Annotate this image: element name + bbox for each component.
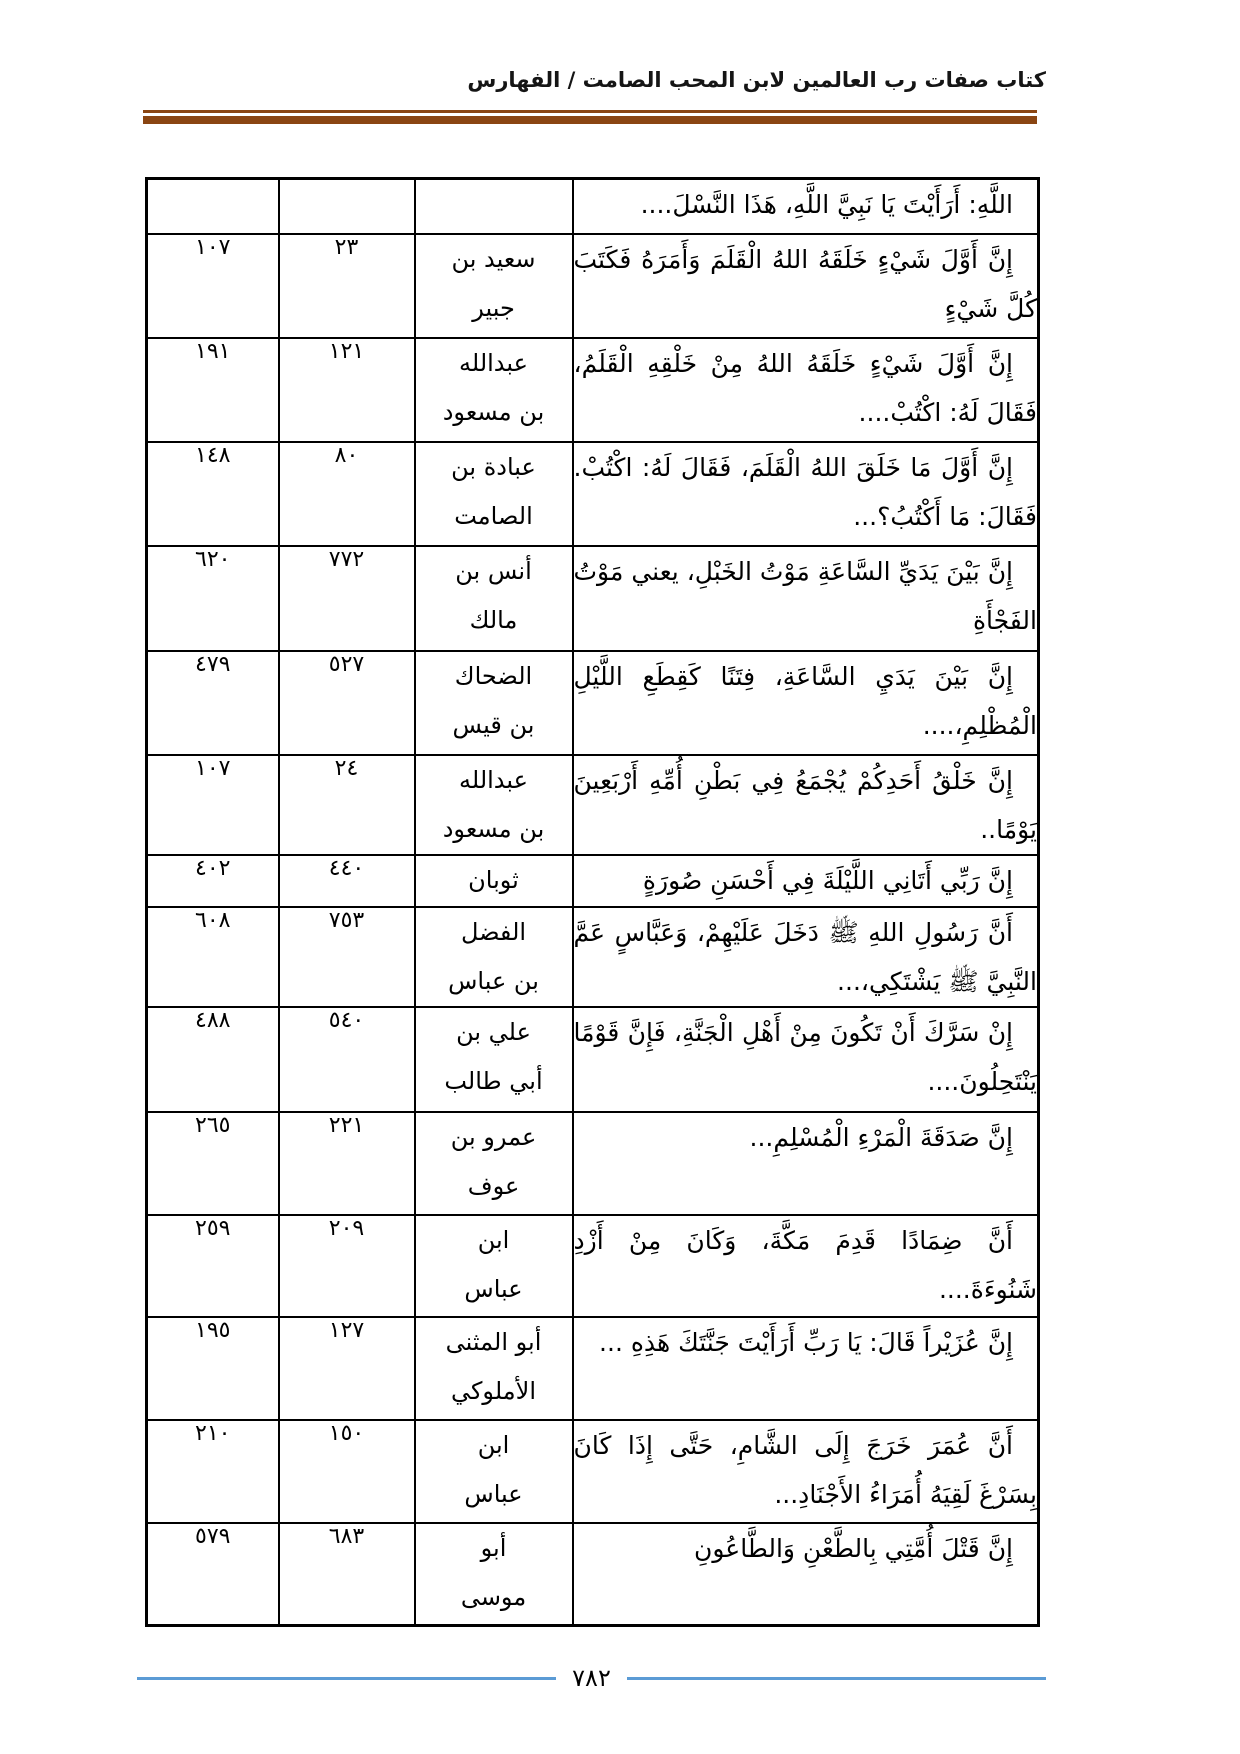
hadith-number-cell: ١٥٠ xyxy=(279,1420,415,1523)
hadith-text-cell: إِنَّ أَوَّلَ شَيْءٍ خَلَقَهُ اللهُ مِنْ… xyxy=(573,338,1039,442)
table-row: إِنَّ أَوَّلَ شَيْءٍ خَلَقَهُ اللهُ مِنْ… xyxy=(147,338,1039,442)
hadith-text-cell: إِنَّ خَلْقُ أَحَدِكُمْ يُجْمَعُ فِي بَط… xyxy=(573,755,1039,855)
table-row: اللَّهِ: أَرَأَيْتَ يَا نَبِيَّ اللَّهِ،… xyxy=(147,179,1039,234)
page-number-cell: ١٠٧ xyxy=(147,234,279,338)
hadith-number-cell: ٢٤ xyxy=(279,755,415,855)
hadith-number-cell: ٢٢١ xyxy=(279,1112,415,1215)
hadith-index-table-wrap: اللَّهِ: أَرَأَيْتَ يَا نَبِيَّ اللَّهِ،… xyxy=(145,177,1040,1627)
hadith-text-cell: إِنَّ رَبِّي أَتَانِي اللَّيْلَةَ فِي أَ… xyxy=(573,855,1039,907)
hadith-number-cell: ٥٢٧ xyxy=(279,651,415,755)
table-row: إِنَّ عُزَيْراً قَالَ: يَا رَبِّ أَرَأَي… xyxy=(147,1317,1039,1420)
hadith-text-cell: أَنَّ عُمَرَ خَرَجَ إِلَى الشَّامِ، حَتَ… xyxy=(573,1420,1039,1523)
table-row: إِنْ سَرَّكَ أَنْ تَكُونَ مِنْ أَهْلِ ال… xyxy=(147,1007,1039,1112)
page-number-cell: ٥٧٩ xyxy=(147,1523,279,1626)
narrator-cell: عبادة بن الصامت xyxy=(415,442,573,546)
table-row: إِنَّ رَبِّي أَتَانِي اللَّيْلَةَ فِي أَ… xyxy=(147,855,1039,907)
page-number-cell: ١٩٥ xyxy=(147,1317,279,1420)
header-rule xyxy=(143,110,1037,124)
hadith-text-cell: إِنَّ صَدَقَةَ الْمَرْءِ الْمُسْلِمِ... xyxy=(573,1112,1039,1215)
table-row: إِنَّ قَتْلَ أُمَّتِي بِالطَّعْنِ وَالطَ… xyxy=(147,1523,1039,1626)
hadith-text-cell: إِنَّ أَوَّلَ مَا خَلَقَ اللهُ الْقَلَمَ… xyxy=(573,442,1039,546)
narrator-cell: علي بن أبي طالب xyxy=(415,1007,573,1112)
hadith-text-cell: إِنَّ قَتْلَ أُمَّتِي بِالطَّعْنِ وَالطَ… xyxy=(573,1523,1039,1626)
footer-rule-left xyxy=(137,1677,556,1680)
table-row: أَنَّ ضِمَادًا قَدِمَ مَكَّةَ، وَكَانَ م… xyxy=(147,1215,1039,1317)
hadith-number-cell xyxy=(279,179,415,234)
hadith-text-cell: أَنَّ رَسُولِ اللهِ ﷺ دَخَلَ عَلَيْهِمْ،… xyxy=(573,907,1039,1007)
hadith-number-cell: ٧٥٣ xyxy=(279,907,415,1007)
narrator-cell xyxy=(415,179,573,234)
hadith-text-cell: أَنَّ ضِمَادًا قَدِمَ مَكَّةَ، وَكَانَ م… xyxy=(573,1215,1039,1317)
page-number-cell: ٢١٠ xyxy=(147,1420,279,1523)
narrator-cell: ابن عباس xyxy=(415,1420,573,1523)
hadith-number-cell: ٥٤٠ xyxy=(279,1007,415,1112)
table-row: إِنَّ بَيْنَ يَدَيِ السَّاعَةِ، فِتَنًا … xyxy=(147,651,1039,755)
page-number-cell: ٤٠٢ xyxy=(147,855,279,907)
hadith-text-cell: إِنْ سَرَّكَ أَنْ تَكُونَ مِنْ أَهْلِ ال… xyxy=(573,1007,1039,1112)
table-row: إِنَّ خَلْقُ أَحَدِكُمْ يُجْمَعُ فِي بَط… xyxy=(147,755,1039,855)
hadith-text-cell: إِنَّ أَوَّلَ شَيْءٍ خَلَقَهُ اللهُ الْق… xyxy=(573,234,1039,338)
narrator-cell: سعيد بن جبير xyxy=(415,234,573,338)
narrator-cell: ابن عباس xyxy=(415,1215,573,1317)
page-number-cell xyxy=(147,179,279,234)
narrator-cell: أنس بن مالك xyxy=(415,546,573,651)
hadith-text-cell: إِنَّ عُزَيْراً قَالَ: يَا رَبِّ أَرَأَي… xyxy=(573,1317,1039,1420)
narrator-cell: عمرو بن عوف xyxy=(415,1112,573,1215)
hadith-number-cell: ١٢١ xyxy=(279,338,415,442)
page-number-cell: ٢٥٩ xyxy=(147,1215,279,1317)
narrator-cell: ثوبان xyxy=(415,855,573,907)
page-number-cell: ١٤٨ xyxy=(147,442,279,546)
narrator-cell: عبدالله بن مسعود xyxy=(415,338,573,442)
footer-rule-right xyxy=(627,1677,1046,1680)
hadith-number-cell: ٢٠٩ xyxy=(279,1215,415,1317)
table-row: إِنَّ أَوَّلَ شَيْءٍ خَلَقَهُ اللهُ الْق… xyxy=(147,234,1039,338)
page-number-cell: ١٠٧ xyxy=(147,755,279,855)
table-row: أَنَّ رَسُولِ اللهِ ﷺ دَخَلَ عَلَيْهِمْ،… xyxy=(147,907,1039,1007)
hadith-text-cell: إِنَّ بَيْنَ يَدَيِ السَّاعَةِ، فِتَنًا … xyxy=(573,651,1039,755)
page-number-cell: ٤٨٨ xyxy=(147,1007,279,1112)
hadith-number-cell: ٦٨٣ xyxy=(279,1523,415,1626)
hadith-number-cell: ٧٧٢ xyxy=(279,546,415,651)
header-rule-thick-line xyxy=(143,116,1037,124)
table-row: إِنَّ بَيْنَ يَدَيِّ السَّاعَةِ مَوْتُ ا… xyxy=(147,546,1039,651)
hadith-index-table: اللَّهِ: أَرَأَيْتَ يَا نَبِيَّ اللَّهِ،… xyxy=(145,177,1040,1627)
hadith-number-cell: ٨٠ xyxy=(279,442,415,546)
hadith-number-cell: ١٢٧ xyxy=(279,1317,415,1420)
header-rule-thin-line xyxy=(143,110,1037,113)
narrator-cell: الضحاك بن قيس xyxy=(415,651,573,755)
page-title: كتاب صفات رب العالمين لابن المحب الصامت … xyxy=(467,68,1046,92)
footer-page-number: ٧٨٢ xyxy=(556,1664,627,1692)
page-number-cell: ٢٦٥ xyxy=(147,1112,279,1215)
narrator-cell: أبو المثنى الأملوكي xyxy=(415,1317,573,1420)
table-row: إِنَّ أَوَّلَ مَا خَلَقَ اللهُ الْقَلَمَ… xyxy=(147,442,1039,546)
hadith-text-cell: إِنَّ بَيْنَ يَدَيِّ السَّاعَةِ مَوْتُ ا… xyxy=(573,546,1039,651)
table-row: أَنَّ عُمَرَ خَرَجَ إِلَى الشَّامِ، حَتَ… xyxy=(147,1420,1039,1523)
page-number-cell: ٦٠٨ xyxy=(147,907,279,1007)
page-number-cell: ٤٧٩ xyxy=(147,651,279,755)
narrator-cell: عبدالله بن مسعود xyxy=(415,755,573,855)
hadith-text-cell: اللَّهِ: أَرَأَيْتَ يَا نَبِيَّ اللَّهِ،… xyxy=(573,179,1039,234)
narrator-cell: الفضل بن عباس xyxy=(415,907,573,1007)
page-number-cell: ٦٢٠ xyxy=(147,546,279,651)
book-page: { "header": { "title": "كتاب صفات رب الع… xyxy=(0,0,1240,1754)
hadith-number-cell: ٤٤٠ xyxy=(279,855,415,907)
hadith-number-cell: ٢٣ xyxy=(279,234,415,338)
narrator-cell: أبو موسى xyxy=(415,1523,573,1626)
page-number-cell: ١٩١ xyxy=(147,338,279,442)
page-footer: ٧٨٢ xyxy=(137,1664,1046,1692)
table-row: إِنَّ صَدَقَةَ الْمَرْءِ الْمُسْلِمِ... … xyxy=(147,1112,1039,1215)
